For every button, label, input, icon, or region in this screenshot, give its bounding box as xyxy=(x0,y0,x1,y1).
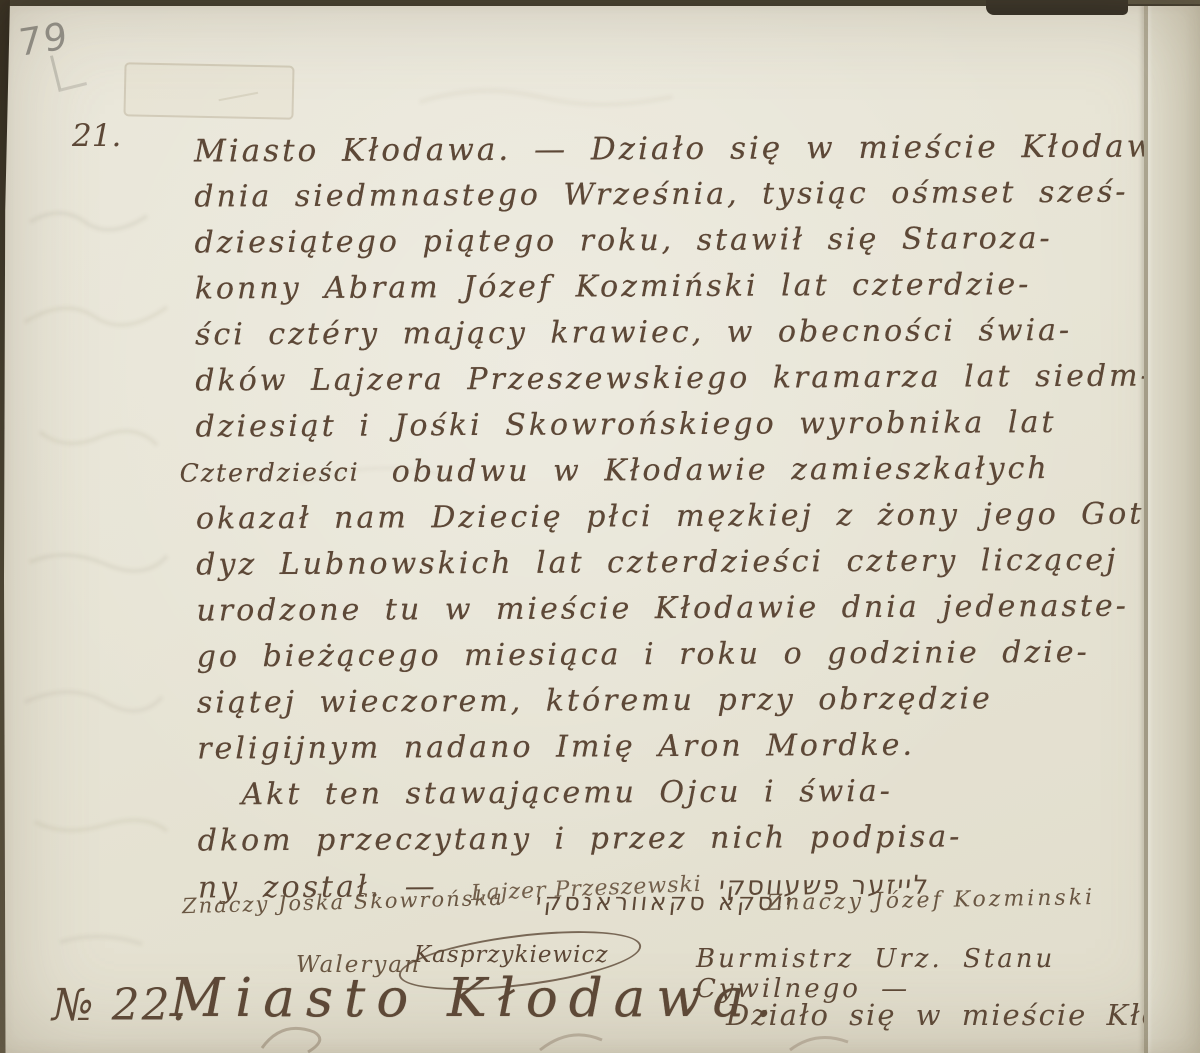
archive-stamp-impression xyxy=(123,62,294,120)
record-text-line: dnia siedmnastego Września, tysiąc ośmse… xyxy=(194,170,1146,221)
record-text-line: go bieżącego miesiąca i roku o godzinie … xyxy=(197,630,1149,681)
record-text-line: konny Abram Józef Kozmiński lat czterdzi… xyxy=(195,262,1147,313)
pencil-stray-mark xyxy=(50,49,87,92)
hebrew-signature-joska: יוסקא סקאווראנסקי xyxy=(535,888,796,916)
scan-edge-left xyxy=(0,0,10,1053)
entry-21-number: 21. xyxy=(72,118,121,154)
record-text-line: ści cztéry mający krawiec, w obecności ś… xyxy=(195,308,1147,359)
entry-22-first-line: Działo się w mieście Kło- xyxy=(726,998,1173,1032)
record-text-line: Akt ten stawającemu Ojcu i świa- xyxy=(197,768,1149,819)
record-text-line: urodzone tu w mieście Kłodawie dnia jede… xyxy=(196,584,1148,635)
scan-edge-top-right xyxy=(1128,0,1200,4)
margin-insertion-word: Czterdzieści xyxy=(180,450,360,497)
page-fold-crease xyxy=(1144,0,1148,1053)
signature-jozef-kozminski: Znaczy Józef Kozminski xyxy=(767,885,1096,916)
scan-edge-top-dark-patch xyxy=(986,0,1128,15)
entry-22-number: № 22. xyxy=(52,980,188,1031)
witness-signatures-row: Znaczy Jośka Skowrońska יוסקא סקאווראנסק… xyxy=(182,888,1152,928)
adjacent-page-edge xyxy=(1148,0,1200,1053)
record-text-line-with-margin-insertion: Czterdzieści obudwu w Kłodawie zamieszka… xyxy=(196,446,1148,497)
entry-22-heading: Miasto Kłodawa. xyxy=(170,968,783,1029)
record-text-line: dków Lajzera Przeszewskiego kramarza lat… xyxy=(195,354,1147,405)
record-text-line: Miasto Kłodawa. — Działo się w mieście K… xyxy=(194,124,1146,175)
register-page-scan: 79 21. Miasto Kłodawa. — Działo się w mi… xyxy=(0,0,1200,1053)
record-text-line: religijnym nadano Imię Aron Mordke. xyxy=(197,722,1149,773)
officiant-paraph-signature: Kasprzykiewicz xyxy=(414,942,608,968)
entry-21-text: Miasto Kłodawa. — Działo się w mieście K… xyxy=(194,124,1150,913)
record-text-line: siątej wieczorem, któremu przy obrzędzie xyxy=(197,676,1149,727)
record-text-line: dkom przeczytany i przez nich podpisa- xyxy=(198,814,1150,865)
record-text-line: dyz Lubnowskich lat czterdzieści cztery … xyxy=(196,538,1148,589)
record-text-line: dziesiątego piątego roku, stawił się Sta… xyxy=(194,216,1146,267)
signature-joska-skowronska: Znaczy Jośka Skowrońska xyxy=(182,886,504,918)
record-text-line: okazał nam Dziecię płci męzkiej z żony j… xyxy=(196,492,1148,543)
record-text-line: dziesiąt i Jośki Skowrońskiego wyrobnika… xyxy=(195,400,1147,451)
record-text-segment: obudwu w Kłodawie zamieszkałych xyxy=(392,446,1050,495)
